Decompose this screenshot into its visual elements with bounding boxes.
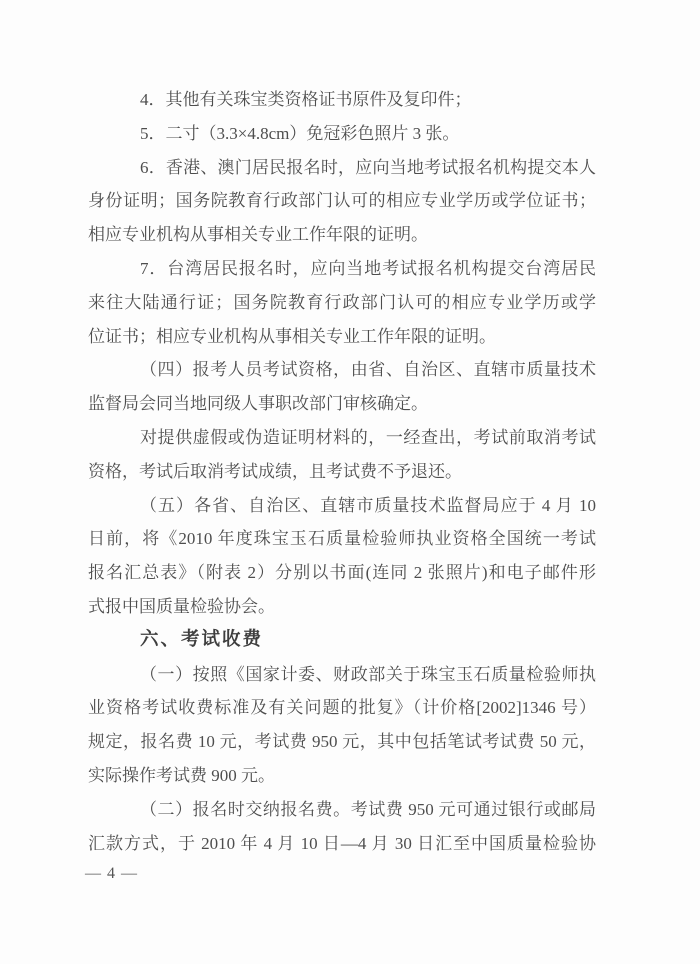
- list-item-7-line-1: 7．台湾居民报名时，应向当地考试报名机构提交台湾居民: [88, 252, 596, 286]
- page-number: — 4 —: [85, 861, 138, 887]
- para-fee-two-line-1: （二）报名时交纳报名费。考试费 950 元可通过银行或邮局: [88, 793, 596, 827]
- list-item-6-line-1: 6．香港、澳门居民报名时，应向当地考试报名机构提交本人: [88, 151, 596, 185]
- list-item-7-line-2: 来往大陆通行证；国务院教育行政部门认可的相应专业学历或学: [88, 286, 596, 320]
- para-fraud-notice-line-1: 对提供虚假或伪造证明材料的，一经查出，考试前取消考试: [88, 421, 596, 455]
- section-heading-exam-fees: 六、考试收费: [88, 624, 596, 658]
- para-fee-one-line-3: 规定，报名费 10 元，考试费 950 元，其中包括笔试考试费 50 元，: [88, 725, 596, 759]
- list-item-7-line-3: 位证书；相应专业机构从事相关专业工作年限的证明。: [88, 320, 596, 354]
- para-item-four-line-2: 监督局会同当地同级人事职改部门审核确定。: [88, 387, 596, 421]
- para-fee-one-line-1: （一）按照《国家计委、财政部关于珠宝玉石质量检验师执: [88, 658, 596, 692]
- scanned-document-page: 4．其他有关珠宝类资格证书原件及复印件； 5．二寸（3.3×4.8cm）免冠彩色…: [0, 0, 700, 964]
- list-item-5: 5．二寸（3.3×4.8cm）免冠彩色照片 3 张。: [88, 117, 596, 151]
- para-fee-two-line-2: 汇款方式，于 2010 年 4 月 10 日—4 月 30 日汇至中国质量检验协: [88, 827, 596, 861]
- document-body: 4．其他有关珠宝类资格证书原件及复印件； 5．二寸（3.3×4.8cm）免冠彩色…: [88, 83, 596, 860]
- para-fee-one-line-2: 业资格考试收费标准及有关问题的批复》（计价格[2002]1346 号）: [88, 691, 596, 725]
- list-item-4: 4．其他有关珠宝类资格证书原件及复印件；: [88, 83, 596, 117]
- para-item-five-line-1: （五）各省、自治区、直辖市质量技术监督局应于 4 月 10: [88, 489, 596, 523]
- para-fraud-notice-line-2: 资格，考试后取消考试成绩，且考试费不予退还。: [88, 455, 596, 489]
- para-fee-one-line-4: 实际操作考试费 900 元。: [88, 759, 596, 793]
- para-item-five-line-2: 日前，将《2010 年度珠宝玉石质量检验师执业资格全国统一考试: [88, 522, 596, 556]
- para-item-four-line-1: （四）报考人员考试资格，由省、自治区、直辖市质量技术: [88, 353, 596, 387]
- para-item-five-line-3: 报名汇总表》（附表 2）分别以书面(连同 2 张照片)和电子邮件形: [88, 556, 596, 590]
- para-item-five-line-4: 式报中国质量检验协会。: [88, 590, 596, 624]
- list-item-6-line-3: 相应专业机构从事相关专业工作年限的证明。: [88, 218, 596, 252]
- list-item-6-line-2: 身份证明；国务院教育行政部门认可的相应专业学历或学位证书；: [88, 184, 596, 218]
